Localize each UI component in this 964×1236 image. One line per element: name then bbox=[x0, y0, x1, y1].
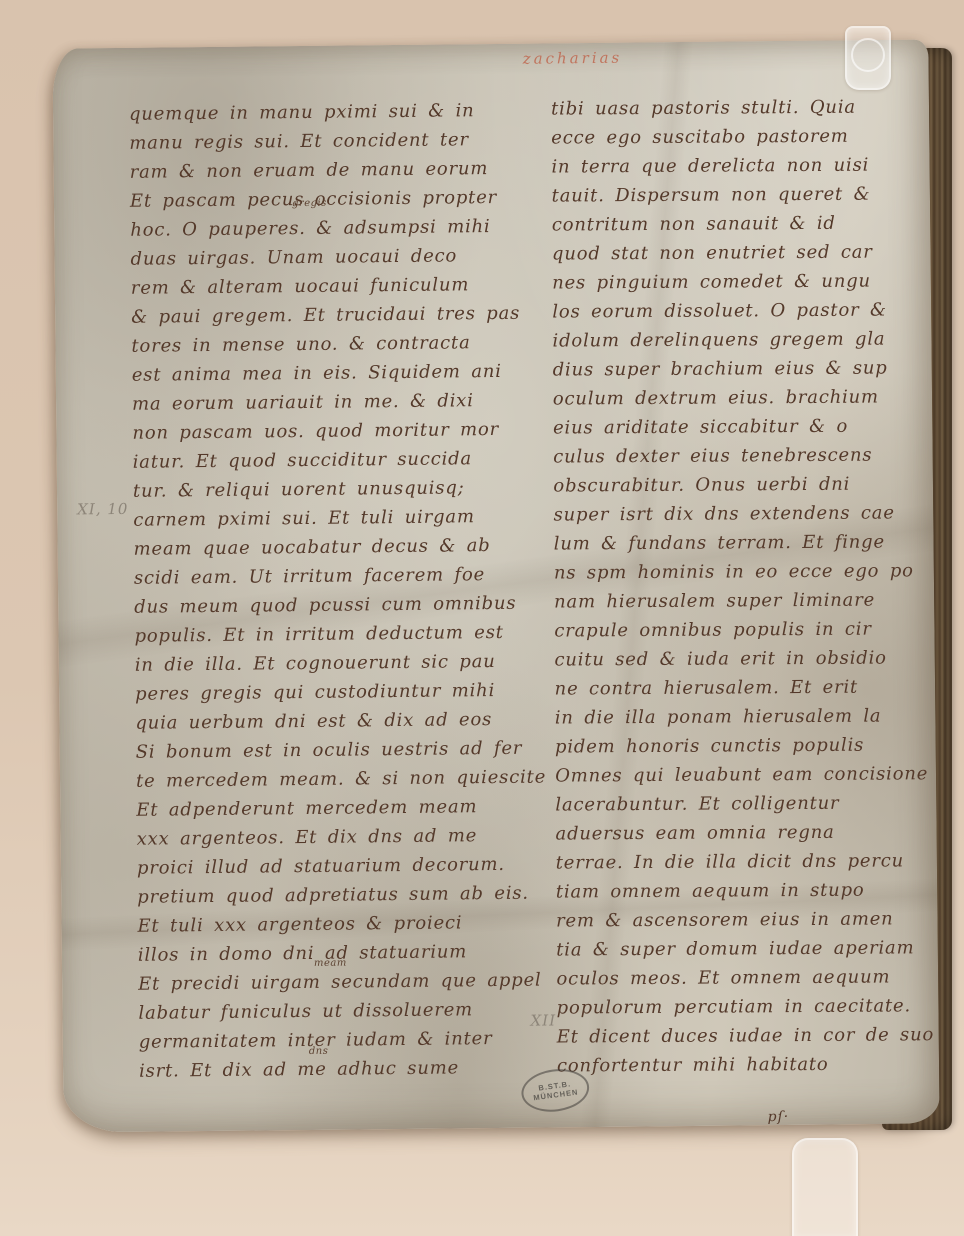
text-line: isrt. Et dix ad me adhuc sume bbox=[139, 1053, 541, 1086]
text-line: nam hierusalem super liminare bbox=[554, 585, 944, 616]
text-line: Et tuli xxx argenteos & proieci bbox=[137, 908, 539, 941]
text-line: super isrt dix dns extendens cae bbox=[553, 498, 943, 529]
text-line: Et precidi uirgam secundam que appel bbox=[138, 966, 540, 999]
text-line: tauit. Dispersum non queret & bbox=[552, 179, 942, 210]
text-line: pretium quod adpretiatus sum ab eis. bbox=[137, 879, 539, 912]
text-line: oculos meos. Et omnem aequum bbox=[556, 962, 946, 993]
text-line: ma eorum uariauit in me. & dixi bbox=[132, 386, 534, 419]
text-line: aduersus eam omnia regna bbox=[555, 817, 945, 848]
text-line: confortentur mihi habitato bbox=[557, 1049, 947, 1080]
text-line: rem & ascensorem eius in amen bbox=[556, 904, 946, 935]
text-line: quia uerbum dni est & dix ad eos bbox=[135, 705, 537, 738]
margin-note-chapter-12: XII bbox=[530, 1011, 556, 1029]
text-line: proici illud ad statuarium decorum. bbox=[137, 850, 539, 883]
text-line: tur. & reliqui uorent unusquisq; bbox=[133, 473, 535, 506]
text-line: Et pascam pecus occisionis propter bbox=[130, 183, 532, 216]
text-line: populorum percutiam in caecitate. bbox=[557, 991, 947, 1022]
text-line: eius ariditate siccabitur & o bbox=[553, 411, 943, 442]
text-line: obscurabitur. Onus uerbi dni bbox=[553, 469, 943, 500]
text-line: scidi eam. Ut irritum facerem foe bbox=[134, 560, 536, 593]
text-line: Et adpenderunt mercedem meam bbox=[136, 792, 538, 825]
text-column-left: quemque in manu pximi sui & inmanu regis… bbox=[129, 96, 541, 1086]
text-line: lum & fundans terram. Et finge bbox=[554, 527, 944, 558]
text-line: pidem honoris cunctis populis bbox=[555, 730, 945, 761]
text-line: contritum non sanauit & id bbox=[552, 208, 942, 239]
margin-note-chapter-11-10: XI, 10 bbox=[77, 500, 128, 519]
interlinear-gloss-meam: meam bbox=[314, 958, 347, 969]
text-line: tia & super domum iudae aperiam bbox=[556, 933, 946, 964]
text-line: tiam omnem aequum in stupo bbox=[556, 875, 946, 906]
text-line: tibi uasa pastoris stulti. Quia bbox=[551, 92, 941, 123]
text-line: est anima mea in eis. Siquidem ani bbox=[132, 357, 534, 390]
text-line: los eorum dissoluet. O pastor & bbox=[552, 295, 942, 326]
text-line: tores in mense uno. & contracta bbox=[131, 328, 533, 361]
running-title: zacharias bbox=[452, 48, 692, 69]
manuscript-page: zacharias quemque in manu pximi sui & in… bbox=[52, 39, 939, 1132]
text-line: iatur. Et quod succiditur succida bbox=[133, 444, 535, 477]
text-line: ram & non eruam de manu eorum bbox=[129, 154, 531, 187]
text-line: rem & alteram uocaui funiculum bbox=[131, 270, 533, 303]
text-line: idolum derelinquens gregem gla bbox=[552, 324, 942, 355]
text-line: dus meum quod pcussi cum omnibus bbox=[134, 589, 536, 622]
text-line: carnem pximi sui. Et tuli uirgam bbox=[133, 502, 535, 535]
text-line: populis. Et in irritum deductum est bbox=[134, 618, 536, 651]
text-line: ns spm hominis in eo ecce ego po bbox=[554, 556, 944, 587]
text-line: meam quae uocabatur decus & ab bbox=[133, 531, 535, 564]
text-line: & paui gregem. Et trucidaui tres pas bbox=[131, 299, 533, 332]
text-line: xxx argenteos. Et dix dns ad me bbox=[136, 821, 538, 854]
text-line: Omnes qui leuabunt eam concisione bbox=[555, 759, 945, 790]
interlinear-gloss-dns: dns bbox=[309, 1046, 329, 1057]
text-line: ecce ego suscitabo pastorem bbox=[551, 121, 941, 152]
plastic-strap-bottom-right bbox=[792, 1138, 858, 1236]
text-column-right: tibi uasa pastoris stulti. Quiaecce ego … bbox=[551, 92, 947, 1080]
text-line: hoc. O pauperes. & adsumpsi mihi bbox=[130, 212, 532, 245]
text-line: manu regis sui. Et concident ter bbox=[129, 125, 531, 158]
plastic-clip-top-right bbox=[845, 26, 891, 90]
text-line: oculum dextrum eius. brachium bbox=[553, 382, 943, 413]
text-line: nes pinguium comedet & ungu bbox=[552, 266, 942, 297]
text-line: dius super brachium eius & sup bbox=[553, 353, 943, 384]
text-line: in terra que derelicta non uisi bbox=[551, 150, 941, 181]
text-line: labatur funiculus ut dissoluerem bbox=[138, 995, 540, 1028]
text-line: germanitatem inter iudam & inter bbox=[139, 1024, 541, 1057]
text-line: terrae. In die illa dicit dns percu bbox=[556, 846, 946, 877]
text-line: quod stat non enutriet sed car bbox=[552, 237, 942, 268]
text-line: Si bonum est in oculis uestris ad fer bbox=[136, 734, 538, 767]
text-line: ne contra hierusalem. Et erit bbox=[555, 672, 945, 703]
text-line: quemque in manu pximi sui & in bbox=[129, 96, 531, 129]
text-line: crapule omnibus populis in cir bbox=[554, 614, 944, 645]
quire-mark: pſ· bbox=[767, 1109, 789, 1125]
text-line: culus dexter eius tenebrescens bbox=[553, 440, 943, 471]
text-line: cuitu sed & iuda erit in obsidio bbox=[554, 643, 944, 674]
interlinear-gloss-gregis: gregis bbox=[292, 198, 327, 209]
text-line: non pascam uos. quod moritur mor bbox=[132, 415, 534, 448]
text-line: Et dicent duces iudae in cor de suo bbox=[557, 1020, 947, 1051]
text-line: in die illa ponam hierusalem la bbox=[555, 701, 945, 732]
text-line: lacerabuntur. Et colligentur bbox=[555, 788, 945, 819]
text-line: in die illa. Et cognouerunt sic pau bbox=[135, 647, 537, 680]
text-line: peres gregis qui custodiuntur mihi bbox=[135, 676, 537, 709]
text-line: te mercedem meam. & si non quiescite bbox=[136, 763, 538, 796]
photo-stage: zacharias quemque in manu pximi sui & in… bbox=[0, 0, 964, 1236]
text-line: duas uirgas. Unam uocaui deco bbox=[130, 241, 532, 274]
